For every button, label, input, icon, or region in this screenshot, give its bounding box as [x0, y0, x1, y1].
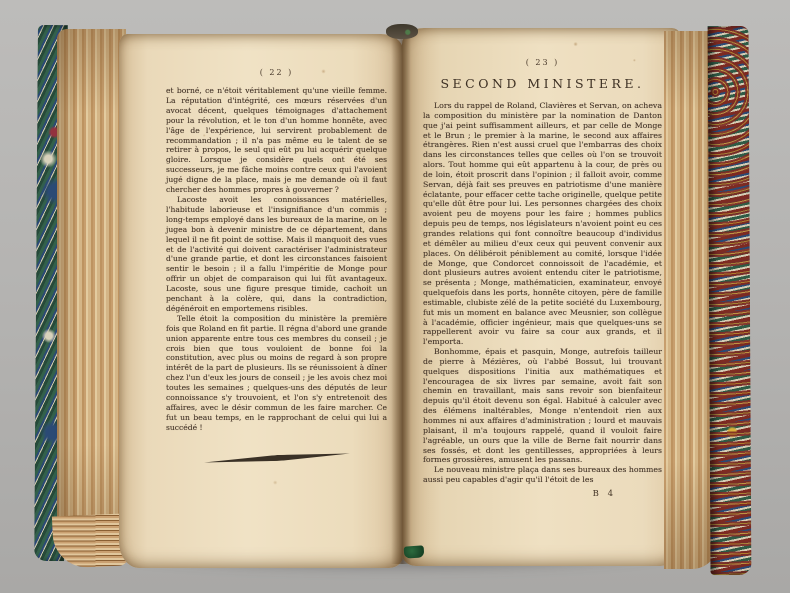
left-page: ( 22 ) et borné, ce n'étoit véritablemen…: [119, 34, 403, 568]
left-page-body: et borné, ce n'étoit véritablement qu'un…: [166, 86, 387, 433]
right-page-body: Lors du rappel de Roland, Clavières et S…: [423, 101, 662, 485]
right-page-number: ( 23 ): [423, 58, 662, 67]
right-page: ( 23 ) SECOND MINISTERE. Lors du rappel …: [402, 28, 682, 566]
tapered-rule-blade: [203, 451, 349, 465]
paragraph: Lors du rappel de Roland, Clavières et S…: [423, 101, 662, 347]
left-page-fore-edge: [57, 29, 126, 562]
paragraph: Telle étoit la composition du ministère …: [166, 314, 387, 433]
signature-mark: B 4: [423, 489, 662, 499]
paragraph: Lacoste avoit les connoissances matériel…: [166, 195, 387, 314]
left-page-number: ( 22 ): [166, 68, 387, 77]
green-bookmark-tip: [404, 545, 425, 558]
left-text-column: ( 22 ) et borné, ce n'étoit véritablemen…: [166, 68, 387, 461]
tapered-rule-ornament-icon: [203, 451, 349, 465]
right-text-column: ( 23 ) SECOND MINISTERE. Lors du rappel …: [423, 58, 662, 499]
chapter-title: SECOND MINISTERE.: [423, 76, 662, 91]
open-book-photo: ( 22 ) et borné, ce n'étoit véritablemen…: [0, 0, 790, 593]
right-marbled-board: [708, 26, 752, 575]
gutter-shadow: [391, 30, 411, 564]
paragraph: Le nouveau ministre plaça dans ses burea…: [423, 465, 662, 485]
spine-headband: [386, 24, 418, 39]
paragraph: Bonhomme, épais et pasquin, Monge, autre…: [423, 347, 662, 465]
paragraph: et borné, ce n'étoit véritablement qu'un…: [166, 86, 387, 195]
